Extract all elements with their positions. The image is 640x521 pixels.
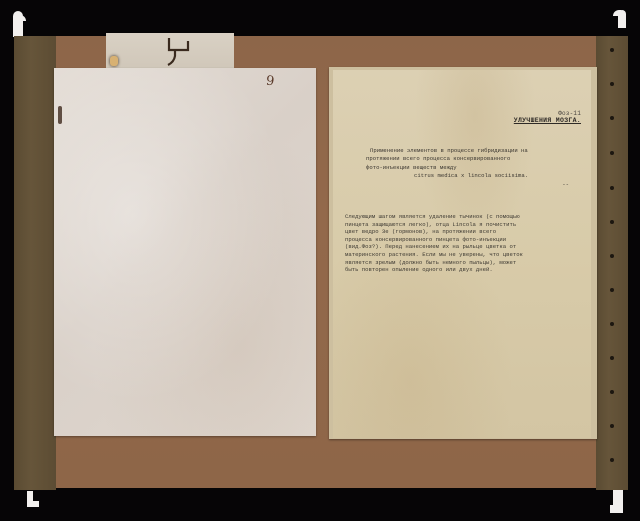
handwritten-mark-icon xyxy=(166,36,196,66)
punch-hole xyxy=(610,356,614,360)
hanger-hook-top-right xyxy=(618,10,626,28)
folder-strip-left xyxy=(14,36,56,490)
right-page: Фоз-11 УЛУЧШЕНИЯ МОЗГА. Применение элеме… xyxy=(333,70,591,438)
abstract-line: -- xyxy=(366,181,581,189)
body-line: быть повторен опыление одного или двух д… xyxy=(345,266,585,274)
body-line: Следующим шагом является удаление тычино… xyxy=(345,213,585,221)
body-line: пинцета защищаются легко), отца Lincola … xyxy=(345,221,585,229)
punch-hole xyxy=(610,186,614,190)
document-title: УЛУЧШЕНИЯ МОЗГА. xyxy=(514,117,581,124)
hanger-hook-bottom-right xyxy=(613,487,623,513)
metal-clip xyxy=(110,56,118,66)
document-code: Фоз-11 xyxy=(558,110,581,117)
abstract-line: фото-инъекции веществ между xyxy=(366,164,581,172)
document-body: Следующим шагом является удаление тычино… xyxy=(345,213,585,274)
punch-hole xyxy=(610,48,614,52)
hanger-hook-top-left xyxy=(13,11,23,37)
punch-hole xyxy=(610,116,614,120)
left-page: 9 xyxy=(54,68,316,436)
punch-hole xyxy=(610,254,614,258)
abstract-line: citrus medica x lincola sociisima. xyxy=(366,172,581,180)
abstract-line: протяжении всего процесса консервированн… xyxy=(366,155,581,163)
punch-hole xyxy=(610,288,614,292)
body-line: является зрелым (должно быть немного пыл… xyxy=(345,259,585,267)
photo-scene: 9 Фоз-11 УЛУЧШЕНИЯ МОЗГА. Применение эле… xyxy=(0,0,640,521)
corner-mark: 9 xyxy=(265,74,275,90)
margin-mark xyxy=(58,106,62,124)
hanger-hook-bottom-left xyxy=(27,491,33,507)
body-line: цвет ведро Зе (гормонов), на протяжении … xyxy=(345,228,585,236)
punch-hole xyxy=(610,424,614,428)
punch-hole xyxy=(610,458,614,462)
body-line: процесса консервированного пинцета фото-… xyxy=(345,236,585,244)
body-line: (вид.Фоз?). Перед нанесением их на рыльц… xyxy=(345,243,585,251)
punch-hole xyxy=(610,220,614,224)
punch-hole xyxy=(610,151,614,155)
punch-hole xyxy=(610,390,614,394)
punch-hole xyxy=(610,322,614,326)
document-abstract: Применение элементов в процессе гибридиз… xyxy=(366,147,581,189)
abstract-line: Применение элементов в процессе гибридиз… xyxy=(366,147,581,155)
folder-strip-right xyxy=(596,36,628,490)
punch-hole xyxy=(610,82,614,86)
body-line: материнского растения. Если мы не уверен… xyxy=(345,251,585,259)
